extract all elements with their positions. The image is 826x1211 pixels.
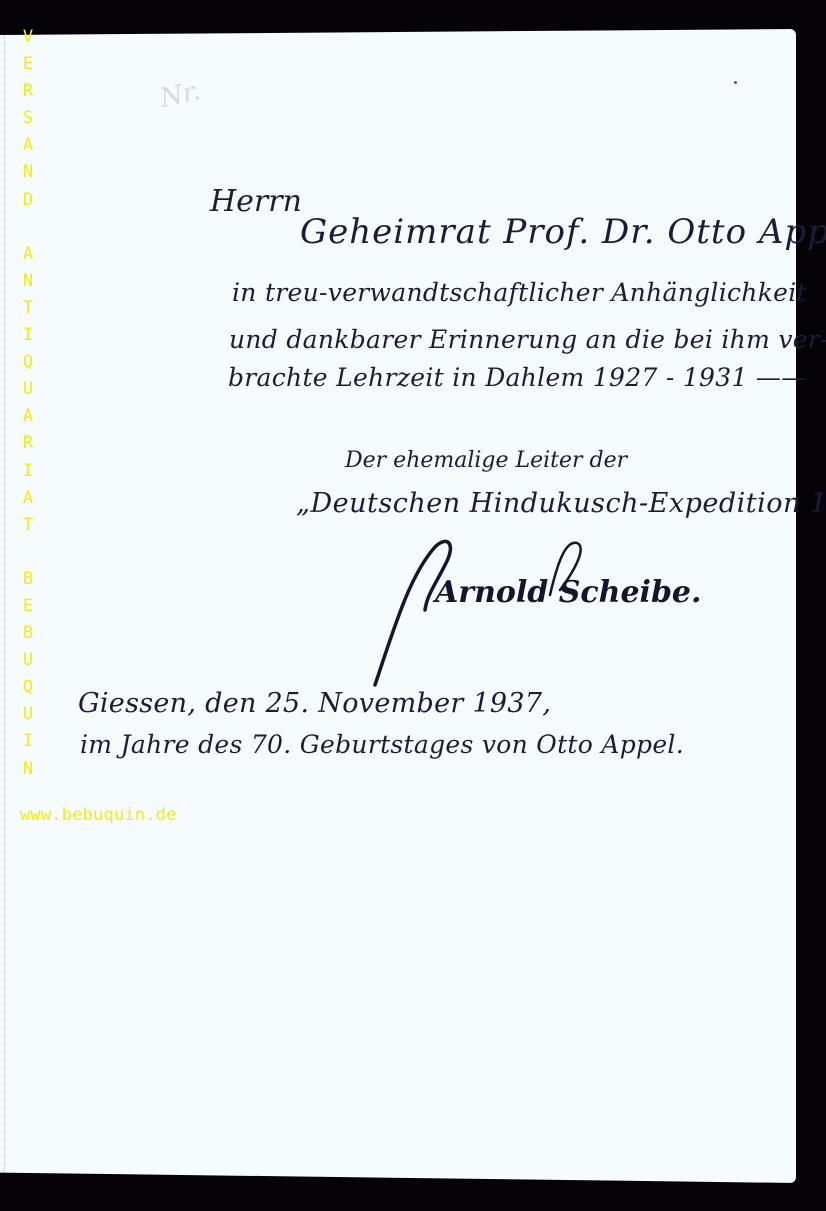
signature-flourish-icon bbox=[365, 535, 615, 705]
sender-title-line: Der ehemalige Leiter der bbox=[345, 448, 627, 473]
paper-speck bbox=[734, 81, 737, 84]
watermark-url: www.bebuquin.de bbox=[20, 805, 177, 825]
place-and-date: Giessen, den 25. November 1937, bbox=[78, 688, 551, 719]
page-gutter-line bbox=[4, 29, 5, 1183]
signature: Arnold Scheibe. bbox=[365, 535, 615, 705]
vertical-watermark: V E R S A N D A N T I Q U A R I A T B E … bbox=[18, 24, 38, 783]
signature-text: Arnold Scheibe. bbox=[435, 575, 701, 610]
salutation: Herrn bbox=[210, 184, 302, 219]
dedication-line: und dankbarer Erinnerung an die bei ihm … bbox=[229, 325, 826, 354]
occasion-line: im Jahre des 70. Geburtstages von Otto A… bbox=[80, 730, 684, 759]
recipient-name: Geheimrat Prof. Dr. Otto Appel bbox=[300, 212, 826, 252]
dedication-line: in treu-verwandtschaftlicher Anhänglichk… bbox=[232, 278, 807, 307]
sender-title-line: „Deutschen Hindukusch-Expedition 1935" bbox=[296, 488, 826, 519]
dedication-line: brachte Lehrzeit in Dahlem 1927 - 1931 —… bbox=[228, 363, 807, 392]
